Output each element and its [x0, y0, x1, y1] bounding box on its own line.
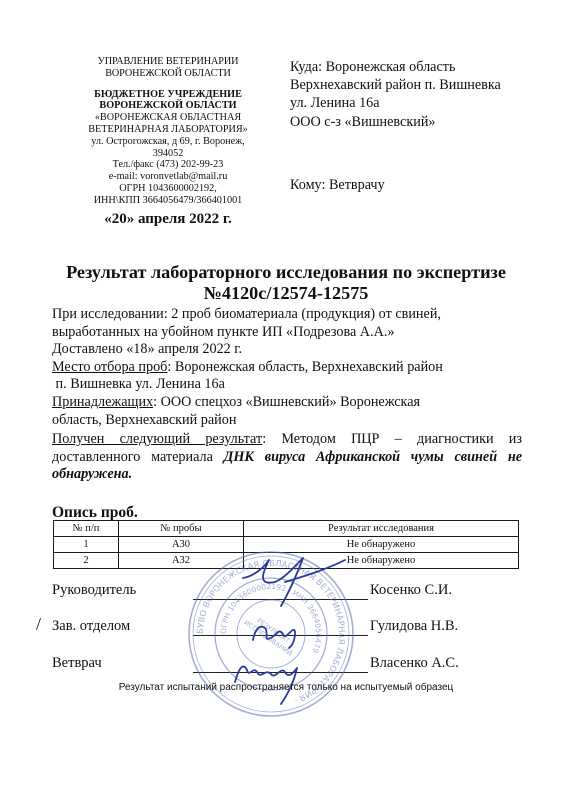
signature-line: [193, 671, 368, 673]
title-line-1: Результат лабораторного исследования по …: [30, 262, 542, 283]
owner-label: Принадлежащих: [52, 394, 153, 410]
where-line-3: ул. Ленина 16а: [290, 94, 550, 112]
sampling-label: Место отбора проб: [52, 359, 167, 375]
row-number: 2: [54, 553, 119, 569]
institution-line-3: «ВОРОНЕЖСКАЯ ОБЛАСТНАЯ: [58, 112, 278, 124]
table-row: 1 А30 Не обнаружено: [54, 537, 519, 553]
title-line-2: №4120с/12574-12575: [30, 283, 542, 304]
where-line-1: Куда: Воронежская область: [290, 58, 550, 76]
sampling-value-1: : Воронежская область, Верхнехавский рай…: [167, 359, 442, 375]
institution-line-4: ВЕТЕРИНАРНАЯ ЛАБОРАТОРИЯ»: [58, 124, 278, 136]
svg-text:ОГРН 1043600002192 · ИНН 36640: ОГРН 1043600002192 · ИНН 3664056479: [219, 582, 323, 655]
signature-name-vet: Власенко А.С.: [370, 655, 459, 672]
document-title: Результат лабораторного исследования по …: [30, 262, 542, 304]
sample-result: Не обнаружено: [244, 537, 519, 553]
address-line-2: 394052: [58, 148, 278, 160]
signature-name-dept: Гулидова Н.В.: [370, 618, 458, 635]
document-date: «20» апреля 2022 г.: [58, 211, 278, 228]
sender-block: УПРАВЛЕНИЕ ВЕТЕРИНАРИИ ВОРОНЕЖСКОЙ ОБЛАС…: [58, 56, 278, 228]
signature-role-head: Руководитель: [52, 582, 136, 599]
institution-line-2: ВОРОНЕЖСКОЙ ОБЛАСТИ: [58, 100, 278, 112]
column-header: № п/п: [54, 521, 119, 537]
delivered-date: Доставлено «18» апреля 2022 г.: [52, 341, 522, 359]
column-header: Результат исследования: [244, 521, 519, 537]
owner-value-2: область, Верхнехавский район: [52, 412, 522, 430]
signature-line: [193, 634, 368, 636]
inn-kpp: ИНН\КПП 3664056479/366401001: [58, 195, 278, 207]
sampling-place: Место отбора проб: Воронежская область, …: [52, 359, 522, 377]
table-row: 2 А32 Не обнаружено: [54, 553, 519, 569]
footer-note: Результат испытаний распространяется тол…: [40, 682, 532, 693]
row-number: 1: [54, 537, 119, 553]
where-line-2: Верхнехавский район п. Вишневка: [290, 76, 550, 94]
sampling-value-2: п. Вишневка ул. Ленина 16а: [52, 376, 522, 394]
email: e-mail: voronvetlab@mail.ru: [58, 171, 278, 183]
sample-id: А30: [119, 537, 244, 553]
table-header-row: № п/п № пробы Результат исследования: [54, 521, 519, 537]
slash-mark: /: [36, 614, 41, 635]
column-header: № пробы: [119, 521, 244, 537]
where-line-4: ООО с-з «Вишневский»: [290, 113, 550, 131]
sample-result: Не обнаружено: [244, 553, 519, 569]
svg-text:РЕЗУЛЬТАТ: РЕЗУЛЬТАТ: [255, 617, 291, 645]
document-body: При исследовании: 2 проб биоматериала (п…: [52, 306, 522, 484]
svg-text:ИССЛЕДОВАНИЙ: ИССЛЕДОВАНИЙ: [243, 618, 295, 658]
study-line-1: При исследовании: 2 проб биоматериала (п…: [52, 306, 522, 324]
signature-line: [193, 598, 368, 600]
samples-table: № п/п № пробы Результат исследования 1 А…: [53, 520, 519, 569]
ogrn: ОГРН 1043600002192,: [58, 183, 278, 195]
signature-role-dept: Зав. отделом: [52, 618, 130, 635]
study-line-2: выработанных на убойном пункте ИП «Подре…: [52, 324, 522, 342]
authority-line-1: УПРАВЛЕНИЕ ВЕТЕРИНАРИИ: [58, 56, 278, 68]
address-line-1: ул. Острогожская, д 69, г. Воронеж,: [58, 136, 278, 148]
recipient-to: Кому: Ветврачу: [290, 176, 550, 194]
recipient-block: Куда: Воронежская область Верхнехавский …: [290, 58, 550, 194]
owner: Принадлежащих: ООО спецхоз «Вишневский» …: [52, 394, 522, 412]
signature-role-vet: Ветврач: [52, 655, 102, 672]
phone: Тел./факс (473) 202-99-23: [58, 159, 278, 171]
result-paragraph: Получен следующий результат: Методом ПЦР…: [52, 431, 522, 484]
authority-line-2: ВОРОНЕЖСКОЙ ОБЛАСТИ: [58, 68, 278, 80]
institution-line-1: БЮДЖЕТНОЕ УЧРЕЖДЕНИЕ: [58, 89, 278, 101]
result-label: Получен следующий результат: [52, 431, 262, 447]
sample-id: А32: [119, 553, 244, 569]
signature-name-head: Косенко С.И.: [370, 582, 452, 599]
owner-value-1: : ООО спецхоз «Вишневский» Воронежская: [153, 394, 420, 410]
